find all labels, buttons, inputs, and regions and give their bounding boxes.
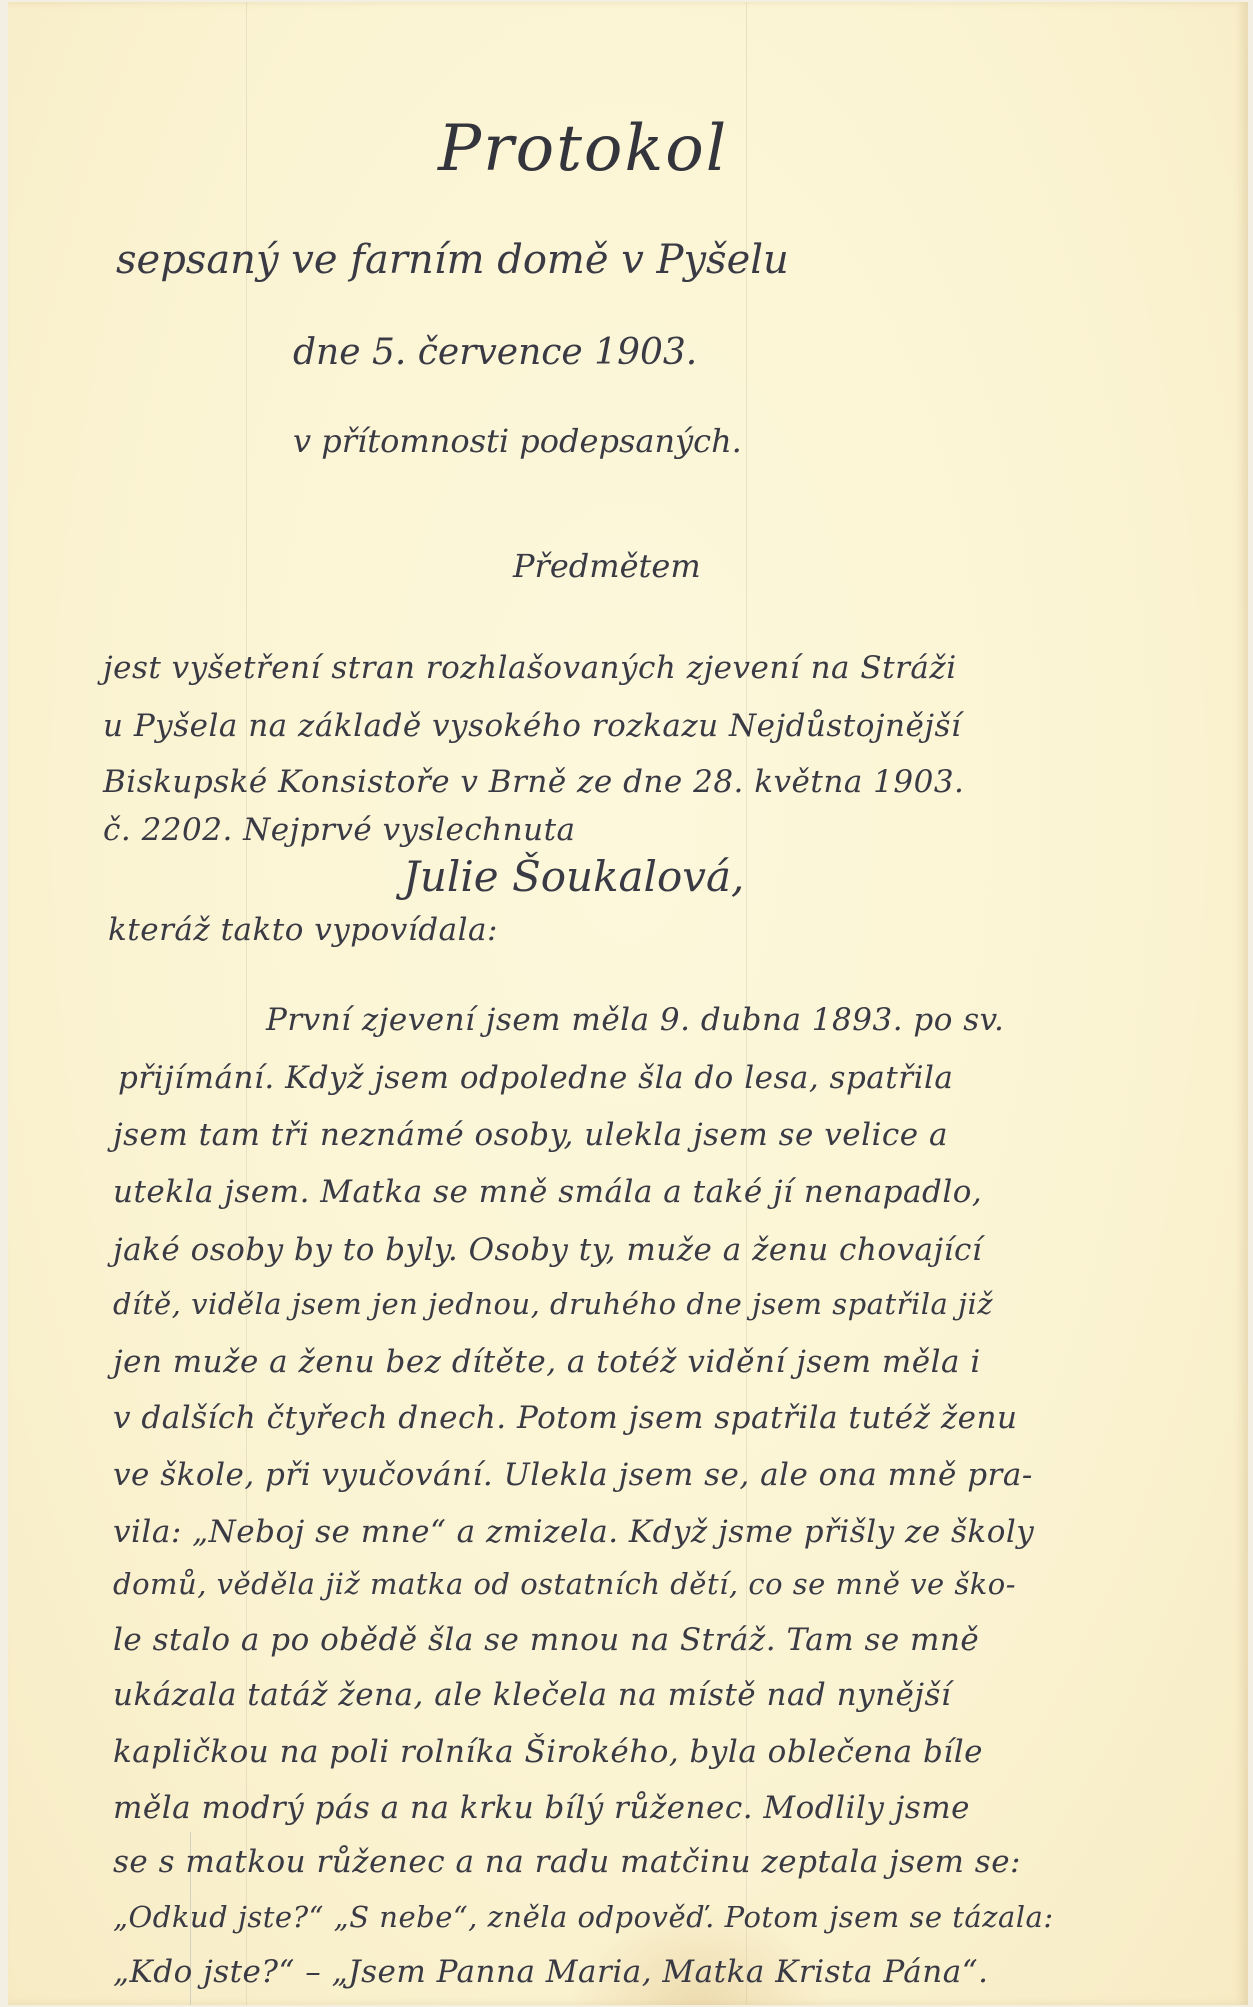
- intro-line: u Pyšela na základě vysokého rozkazu Nej…: [103, 708, 961, 744]
- testimony-line: První zjevení jsem měla 9. dubna 1893. p…: [266, 1002, 1004, 1038]
- testimony-line: utekla jsem. Matka se mně smála a také j…: [113, 1174, 982, 1210]
- header-line: dne 5. července 1903.: [293, 332, 697, 373]
- testimony-line: le stalo a po obědě šla se mnou na Stráž…: [113, 1622, 979, 1658]
- testimony-line: vila: „Neboj se mne“ a zmizela. Když jsm…: [113, 1514, 1034, 1550]
- testimony-line: jsem tam tři neznámé osoby, ulekla jsem …: [113, 1117, 948, 1153]
- intro-line: č. 2202. Nejprvé vyslechnuta: [103, 812, 576, 848]
- testimony-line: ve škole, při vyučování. Ulekla jsem se,…: [113, 1457, 1033, 1493]
- intro-line: jest vyšetření stran rozhlašovaných zjev…: [103, 650, 957, 686]
- testimony-line: kapličkou na poli rolníka Širokého, byla…: [113, 1734, 983, 1770]
- section-heading: Předmětem: [513, 547, 701, 585]
- manuscript-page: Protokol sepsaný ve farním domě v Pyšelu…: [8, 2, 1248, 2005]
- testimony-line: se s matkou růženec a na radu matčinu ze…: [113, 1844, 1021, 1880]
- testimony-line: přijímání. Když jsem odpoledne šla do le…: [118, 1060, 953, 1096]
- intro-line: Biskupské Konsistoře v Brně ze dne 28. k…: [103, 764, 964, 800]
- header-line: v přítomnosti podepsaných.: [293, 422, 742, 460]
- testimony-line: jen muže a ženu bez dítěte, a totéž vidě…: [113, 1344, 981, 1380]
- testimony-line: domů, věděla již matka od ostatních dětí…: [113, 1567, 1016, 1601]
- testimony-line: v dalších čtyřech dnech. Potom jsem spat…: [113, 1400, 1017, 1436]
- testimony-line: „Odkud jste?“ „S nebe“, zněla odpověď. P…: [113, 1900, 1054, 1934]
- header-line: sepsaný ve farním domě v Pyšelu: [116, 237, 789, 283]
- testimony-line: ukázala tatáž žena, ale klečela na místě…: [113, 1677, 951, 1713]
- testimony-line: jaké osoby by to byly. Osoby ty, muže a …: [113, 1232, 982, 1268]
- testimony-line: měla modrý pás a na krku bílý růženec. M…: [113, 1790, 970, 1826]
- document-title: Protokol: [438, 112, 728, 186]
- testimony-line: „Kdo jste?“ – „Jsem Panna Maria, Matka K…: [113, 1954, 988, 1990]
- testimony-line: dítě, viděla jsem jen jednou, druhého dn…: [113, 1287, 993, 1321]
- witness-intro: kteráž takto vypovídala:: [108, 912, 498, 948]
- witness-name: Julie Šoukalová,: [403, 852, 744, 901]
